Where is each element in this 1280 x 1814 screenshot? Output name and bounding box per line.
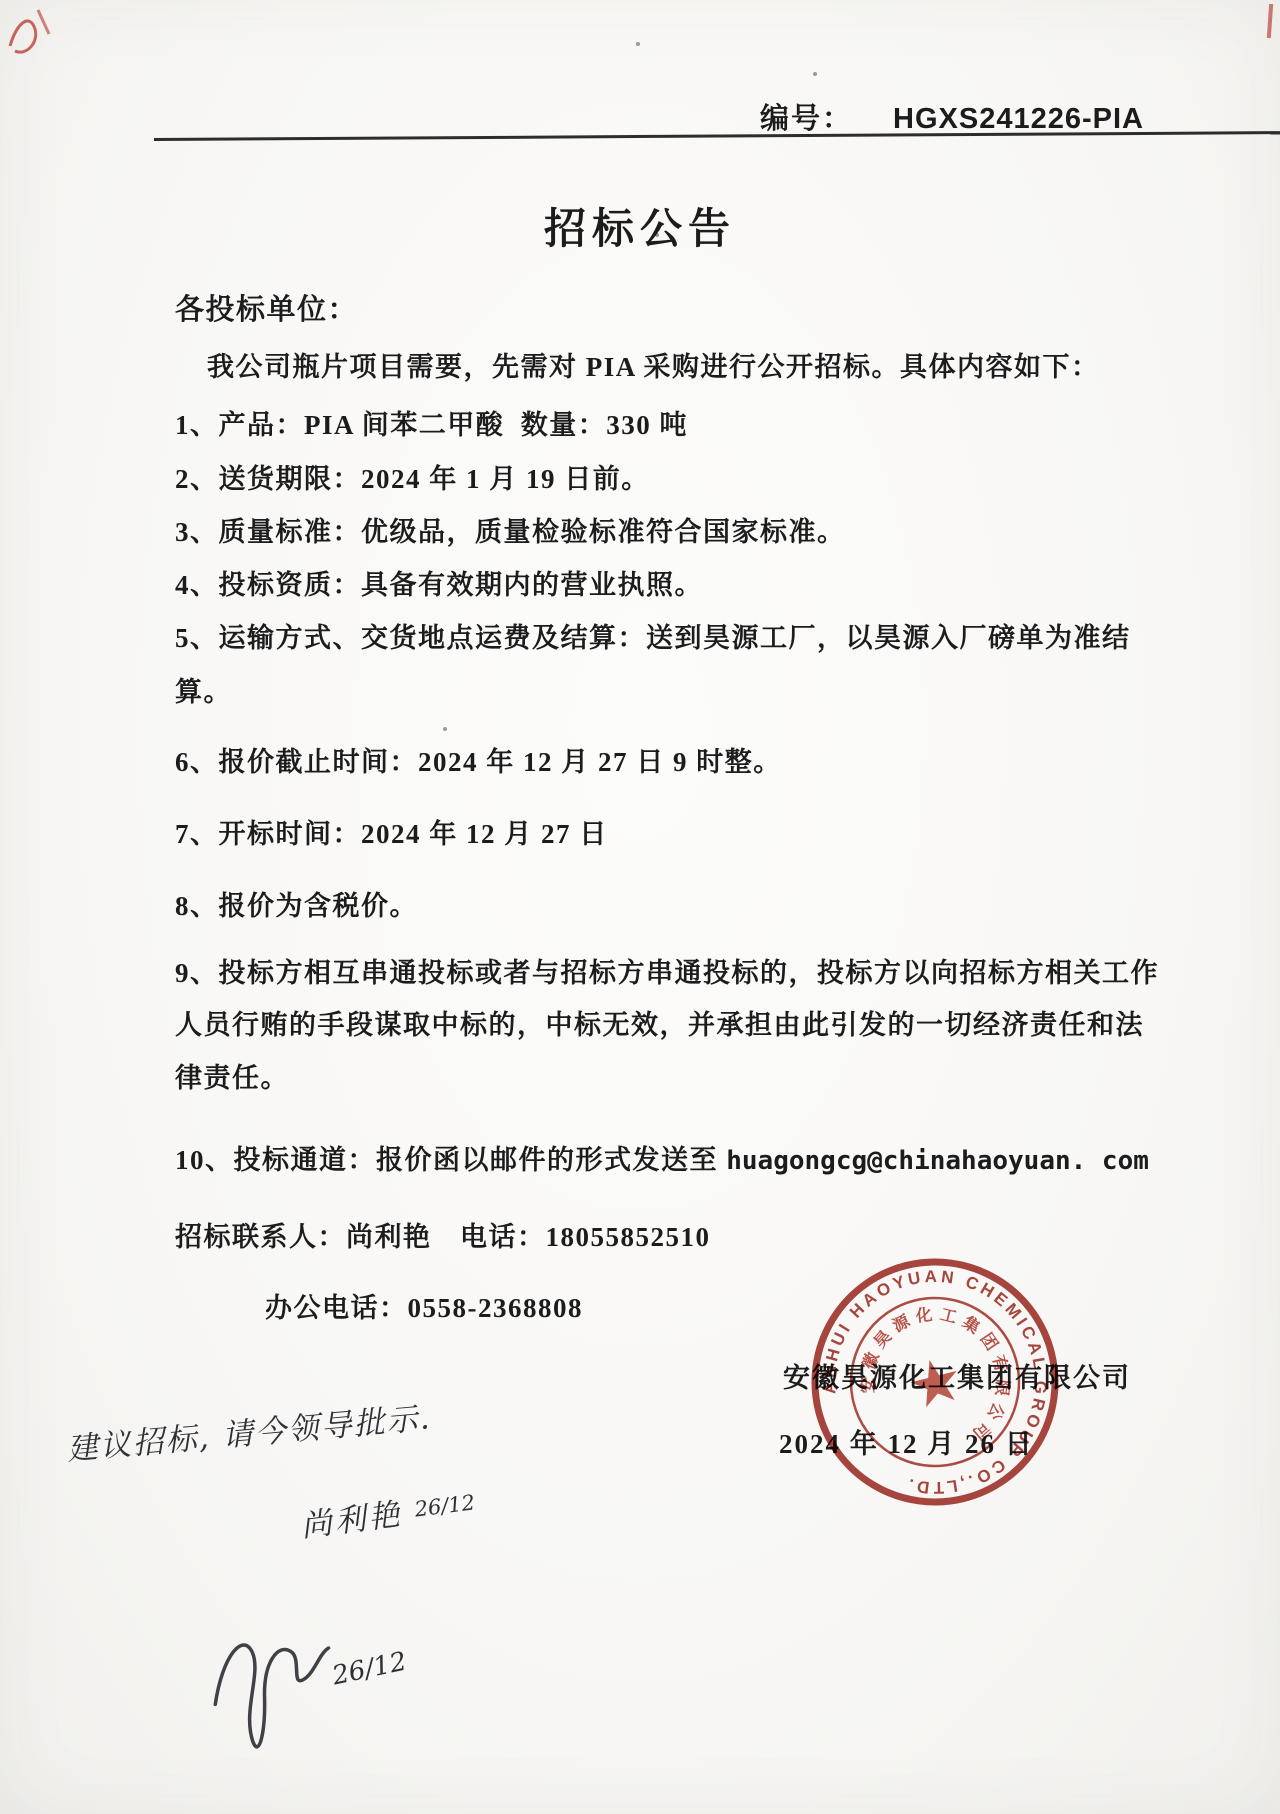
item-4-qualification: 4、投标资质：具备有效期内的营业执照。 (175, 563, 703, 602)
item-9-collusion-line2: 人员行贿的手段谋取中标的，中标无效，并承担由此引发的一切经济责任和法 (175, 1003, 1144, 1042)
item-3-quality: 3、质量标准：优级品，质量检验标准符合国家标准。 (175, 510, 846, 549)
seal-star-icon: ★ (900, 1344, 970, 1423)
scrawl-stroke (200, 1612, 420, 1762)
item-5-transport-line1: 5、运输方式、交货地点运费及结算：送到昊源工厂，以昊源入厂磅单为准结 (175, 616, 1131, 655)
signature-scrawl: 26/12 (200, 1612, 420, 1767)
handwritten-signature: 尚利艳 26/12 (298, 1479, 478, 1545)
intro-line: 我公司瓶片项目需要，先需对 PIA 采购进行公开招标。具体内容如下： (207, 345, 1100, 384)
item-8-tax-price: 8、报价为含税价。 (175, 884, 418, 923)
item-6-deadline: 6、报价截止时间：2024 年 12 月 27 日 9 时整。 (175, 740, 782, 779)
scan-speck (813, 72, 817, 76)
item-5-transport-line2: 算。 (175, 670, 232, 709)
item-10-channel: 10、投标通道：报价函以邮件的形式发送至 huagongcg@chinahaoy… (175, 1138, 1149, 1177)
scanned-tender-document: 编号： HGXS241226-PIA 招标公告 各投标单位： 我公司瓶片项目需要… (0, 0, 1280, 1814)
item-10-channel-prefix: 10、投标通道：报价函以邮件的形式发送至 (175, 1145, 726, 1175)
company-seal: ANHUI HAOYUAN CHEMICAL GROUP CO.,LTD. 安徽… (759, 1206, 1111, 1558)
reference-number-row: 编号： HGXS241226-PIA (760, 96, 1144, 137)
tender-email: huagongcg@chinahaoyuan. com (726, 1146, 1149, 1176)
corner-red-dash (1267, 4, 1273, 38)
corner-red-scribble (4, 4, 56, 64)
office-phone-line: 办公电话：0558-2368808 (265, 1286, 583, 1325)
handwritten-note: 建议招标, 请今领导批示. (65, 1392, 433, 1469)
scan-speck (636, 42, 640, 46)
reference-label: 编号： (760, 96, 853, 137)
item-7-opening-time: 7、开标时间：2024 年 12 月 27 日 (175, 812, 608, 851)
reference-number: HGXS241226-PIA (893, 103, 1144, 136)
handwritten-signer-date: 26/12 (413, 1490, 476, 1521)
item-2-delivery: 2、送货期限：2024 年 1 月 19 日前。 (175, 457, 650, 496)
handwritten-signer-name: 尚利艳 (299, 1496, 405, 1544)
salutation: 各投标单位： (175, 287, 358, 328)
item-1-product: 1、产品：PIA 间苯二甲酸 数量：330 吨 (175, 403, 688, 442)
document-title: 招标公告 (0, 196, 1280, 256)
item-9-collusion-line1: 9、投标方相互串通投标或者与招标方串通投标的，投标方以向招标方相关工作 (175, 951, 1159, 990)
scan-speck (443, 727, 447, 731)
contact-person-line: 招标联系人：尚利艳 电话：18055852510 (175, 1215, 711, 1254)
item-9-collusion-line3: 律责任。 (175, 1056, 289, 1095)
